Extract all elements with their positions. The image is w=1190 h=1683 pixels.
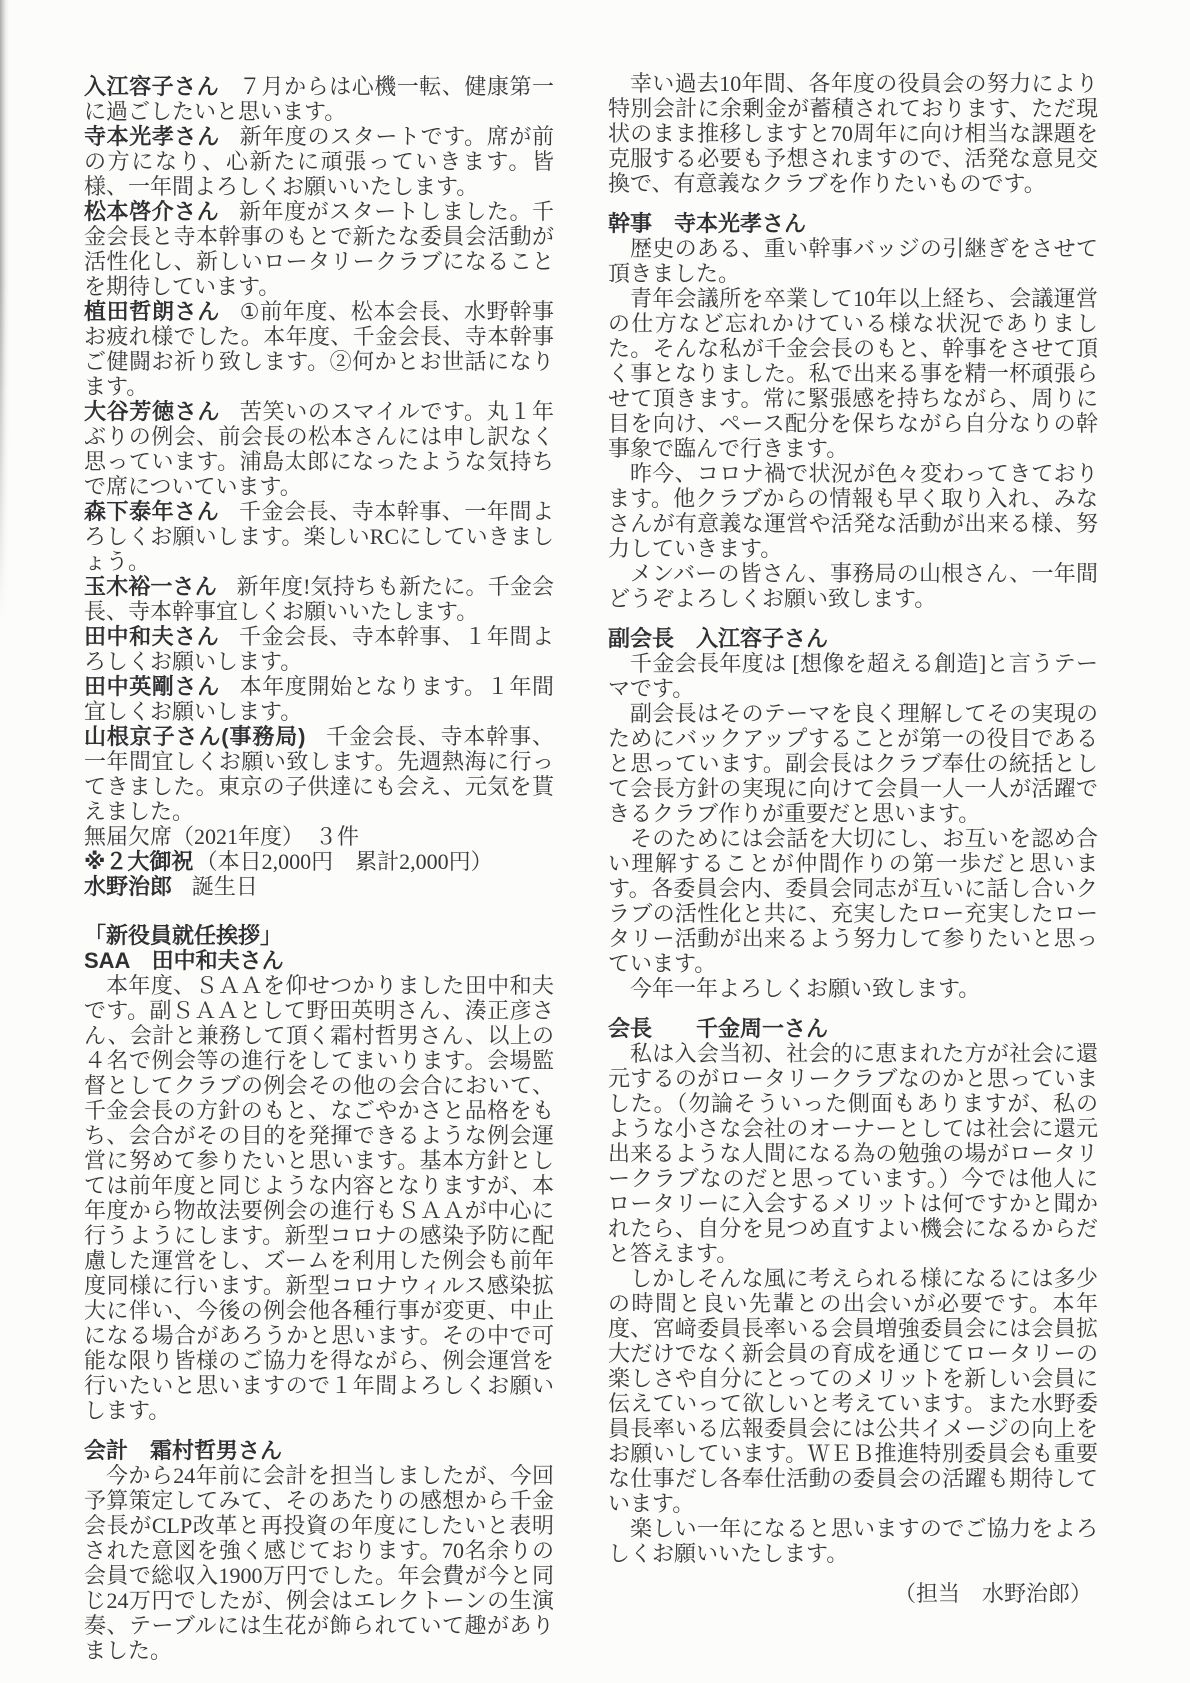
smile-entry: 植田哲朗さん①前年度、松本会長、水野幹事お疲れ様でした。本年度、千金会長、寺本幹… <box>84 299 554 399</box>
smile-entry: 寺本光孝さん新年度のスタートです。席が前の方になり、心新たに頑張っていきます。皆… <box>84 124 554 199</box>
officer-section-vice-president: 副会長 入江容子さん 千金会長年度は [想像を超える創造]と言うテーマです。 副… <box>608 626 1098 1001</box>
member-name: 田中和夫さん <box>84 624 219 649</box>
officer-paragraph: 本年度、ＳＡＡを仰せつかりました田中和夫です。副ＳＡＡとして野田英明さん、湊正彦… <box>84 973 554 1423</box>
member-name: 入江容子さん <box>84 74 219 99</box>
member-name: 水野治郎 <box>84 874 172 899</box>
celebration-note: ※２大御祝（本日2,000円 累計2,000円） <box>84 849 554 874</box>
editor-signoff: （担当 水野治郎） <box>608 1581 1098 1606</box>
officer-heading: 会長 千金周一さん <box>608 1016 1098 1041</box>
member-name: 寺本光孝さん <box>84 124 220 149</box>
section-title: 「新役員就任挨拶」 <box>84 923 554 948</box>
officer-paragraph: 歴史のある、重い幹事バッジの引継ぎをさせて頂きました。 <box>608 236 1098 286</box>
officer-paragraph: 青年会議所を卒業して10年以上経ち、会議運営の仕方など忘れかけている様な状況であ… <box>608 286 1098 461</box>
officer-heading: SAA 田中和夫さん <box>84 948 554 973</box>
celebration-amounts: （本日2,000円 累計2,000円） <box>196 849 493 874</box>
celebration-label: ※２大御祝 <box>84 849 193 874</box>
smile-entry: 入江容子さん７月からは心機一転、健康第一に過ごしたいと思います。 <box>84 74 554 124</box>
officer-paragraph: そのためには会話を大切にし、お互いを認め合い理解することが仲間作りの第一歩だと思… <box>608 826 1098 976</box>
member-name: 森下泰年さん <box>84 499 219 524</box>
officer-paragraph: 副会長はそのテーマを良く理解してその実現のためにバックアップすることが第一の役目… <box>608 701 1098 826</box>
officer-section-treasurer: 会計 霜村哲男さん 今から24年前に会計を担当しましたが、今回予算策定してみて、… <box>84 1438 554 1663</box>
scan-edge-shadow <box>0 0 9 620</box>
member-name: 大谷芳徳さん <box>84 399 220 424</box>
member-name: 松本啓介さん <box>84 199 219 224</box>
officer-heading: 会計 霜村哲男さん <box>84 1438 554 1463</box>
officer-heading: 副会長 入江容子さん <box>608 626 1098 651</box>
officer-paragraph: メンバーの皆さん、事務局の山根さん、一年間どうぞよろしくお願い致します。 <box>608 561 1098 611</box>
officer-paragraph: 昨今、コロナ禍で状況が色々変わってきております。他クラブからの情報も早く取り入れ… <box>608 461 1098 561</box>
birthday-label: 誕生日 <box>192 874 258 899</box>
officer-paragraph: 千金会長年度は [想像を超える創造]と言うテーマです。 <box>608 651 1098 701</box>
birthday-note: 水野治郎誕生日 <box>84 874 554 899</box>
smile-entry: 田中英剛さん本年度開始となります。１年間宜しくお願いします。 <box>84 674 554 724</box>
smile-entry: 大谷芳徳さん苦笑いのスマイルです。丸１年ぶりの例会、前会長の松本さんには申し訳な… <box>84 399 554 499</box>
lead-paragraph: 幸い過去10年間、各年度の役員会の努力により特別会計に余剰金が蓄積されております… <box>608 71 1098 196</box>
officer-section-president: 会長 千金周一さん 私は入会当初、社会的に恵まれた方が社会に還元するのがロータリ… <box>608 1016 1098 1566</box>
left-column: 入江容子さん７月からは心機一転、健康第一に過ごしたいと思います。 寺本光孝さん新… <box>84 74 554 1663</box>
right-column: 幸い過去10年間、各年度の役員会の努力により特別会計に余剰金が蓄積されております… <box>608 71 1098 1606</box>
officer-paragraph: 今年一年よろしくお願い致します。 <box>608 976 1098 1001</box>
member-name: 植田哲朗さん <box>84 299 220 324</box>
member-name: 田中英剛さん <box>84 674 220 699</box>
officer-paragraph: 今から24年前に会計を担当しましたが、今回予算策定してみて、そのあたりの感想から… <box>84 1463 554 1663</box>
smile-entry: 田中和夫さん千金会長、寺本幹事、１年間よろしくお願いします。 <box>84 624 554 674</box>
officer-paragraph: しかしそんな風に考えられる様になるには多少の時間と良い先輩との出会いが必要です。… <box>608 1266 1098 1516</box>
smile-entry: 森下泰年さん千金会長、寺本幹事、一年間よろしくお願いします。楽しいRCにしていき… <box>84 499 554 574</box>
officer-heading: 幹事 寺本光孝さん <box>608 211 1098 236</box>
smile-entry: 山根京子さん(事務局)千金会長、寺本幹事、一年間宜しくお願い致します。先週熱海に… <box>84 724 554 824</box>
smile-entry: 玉木裕一さん新年度!気持ちも新たに。千金会長、寺本幹事宜しくお願いいたします。 <box>84 574 554 624</box>
unreported-absence-note: 無届欠席（2021年度） ３件 <box>84 824 554 849</box>
newsletter-page: 入江容子さん７月からは心機一転、健康第一に過ごしたいと思います。 寺本光孝さん新… <box>0 0 1190 1683</box>
member-name: 山根京子さん(事務局) <box>84 724 305 749</box>
officer-paragraph: 楽しい一年になると思いますのでご協力をよろしくお願いいたします。 <box>608 1516 1098 1566</box>
officer-section-secretary: 幹事 寺本光孝さん 歴史のある、重い幹事バッジの引継ぎをさせて頂きました。 青年… <box>608 211 1098 611</box>
smile-entry: 松本啓介さん新年度がスタートしました。千金会長と寺本幹事のもとで新たな委員会活動… <box>84 199 554 299</box>
member-name: 玉木裕一さん <box>84 574 217 599</box>
officer-section-saa: SAA 田中和夫さん 本年度、ＳＡＡを仰せつかりました田中和夫です。副ＳＡＡとし… <box>84 948 554 1423</box>
officer-paragraph: 私は入会当初、社会的に恵まれた方が社会に還元するのがロータリークラブなのかと思っ… <box>608 1041 1098 1266</box>
